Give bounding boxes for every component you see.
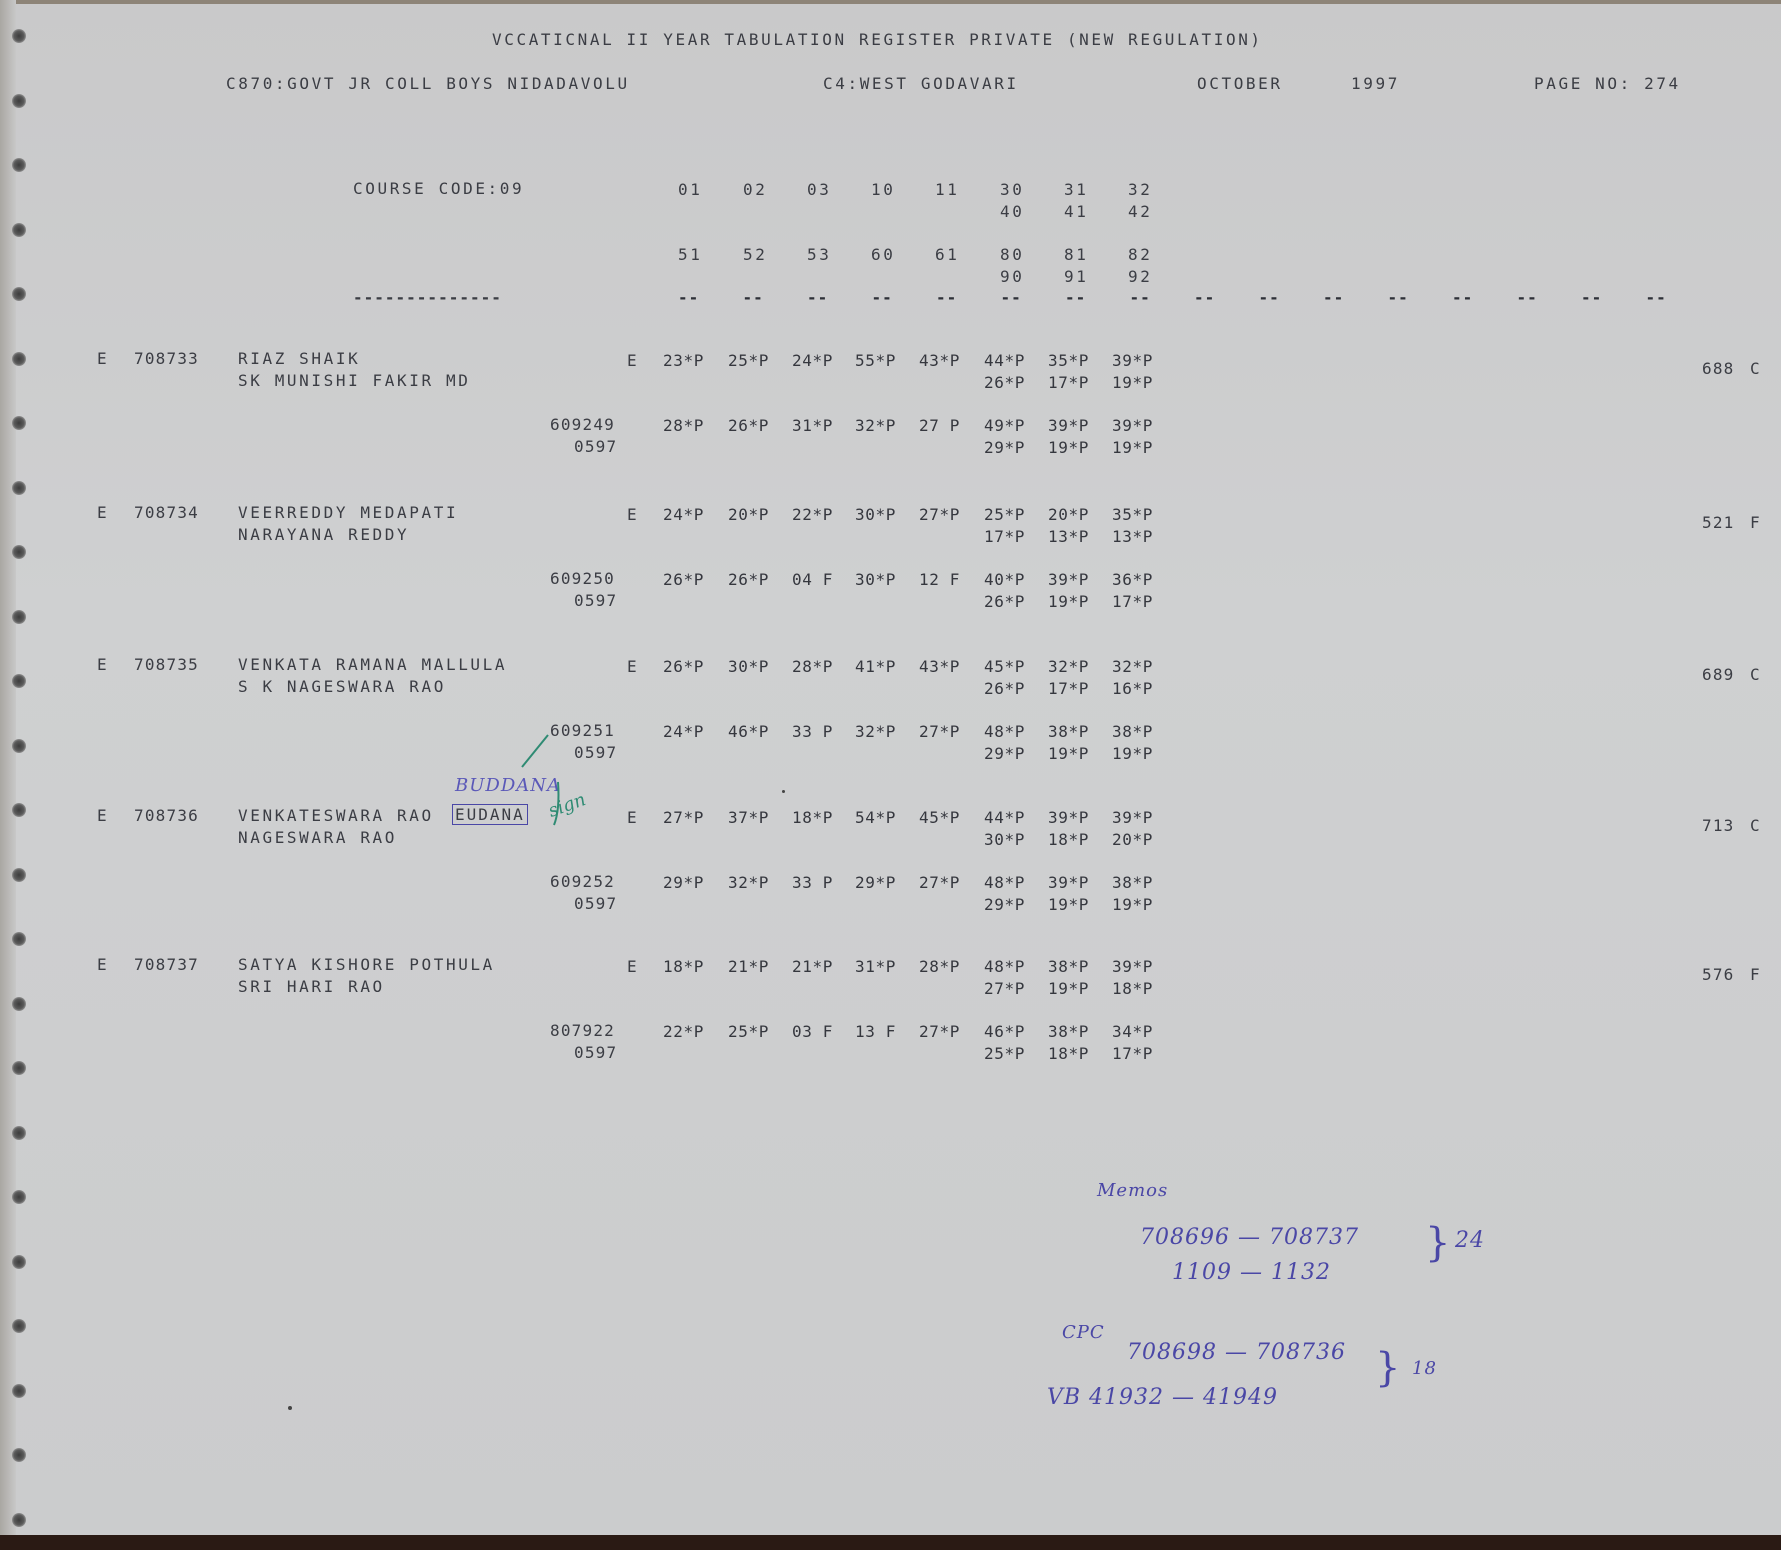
page-top-edge: [0, 0, 1781, 4]
mark-cell: 46*P: [984, 1022, 1025, 1041]
result-code: C: [1750, 665, 1762, 684]
first-year-session: 0597: [574, 591, 617, 610]
mark-cell: 20*P: [1112, 830, 1153, 849]
mark-cell: 27*P: [919, 722, 960, 741]
student-name: VENKATA RAMANA MALLULA: [238, 655, 507, 674]
ink-speck: [288, 1406, 292, 1410]
subject-code: 01: [678, 180, 702, 199]
course-code-label: COURSE CODE:09: [353, 179, 524, 198]
record-flag: E: [97, 955, 109, 974]
medium-code: E: [627, 351, 639, 370]
binding-hole-icon: [12, 545, 26, 559]
mark-cell: 32*P: [855, 416, 896, 435]
binding-hole-icon: [12, 1061, 26, 1075]
mark-cell: 26*P: [984, 679, 1025, 698]
column-dash: --: [1001, 288, 1022, 307]
mark-cell: 26*P: [728, 416, 769, 435]
medium-code: E: [627, 808, 639, 827]
first-year-session: 0597: [574, 743, 617, 762]
cpc-range-1: 708698 — 708736: [1127, 1340, 1346, 1365]
mark-cell: 33 P: [792, 722, 833, 741]
mark-cell: 40*P: [984, 570, 1025, 589]
mark-cell: 26*P: [984, 373, 1025, 392]
page-number: PAGE NO: 274: [1534, 74, 1681, 93]
hall-ticket-number: 708733: [134, 349, 199, 368]
mark-cell: 25*P: [984, 1044, 1025, 1063]
mark-cell: 38*P: [1112, 873, 1153, 892]
mark-cell: 39*P: [1048, 570, 1089, 589]
subject-code: 82: [1128, 245, 1152, 264]
tick-mark-icon: [520, 730, 580, 850]
subject-code: 60: [871, 245, 895, 264]
mark-cell: 21*P: [792, 957, 833, 976]
mark-cell: 34*P: [1112, 1022, 1153, 1041]
total-marks: 689: [1702, 665, 1735, 684]
brace-icon: }: [1375, 1345, 1400, 1391]
mark-cell: 16*P: [1112, 679, 1153, 698]
mark-cell: 27*P: [919, 1022, 960, 1041]
result-code: F: [1750, 513, 1762, 532]
record-flag: E: [97, 806, 109, 825]
first-year-number: 609252: [550, 872, 615, 891]
student-name: RIAZ SHAIK: [238, 349, 360, 368]
subject-code: 51: [678, 245, 702, 264]
father-name: NARAYANA REDDY: [238, 525, 409, 544]
binding-hole-icon: [12, 481, 26, 495]
mark-cell: 44*P: [984, 808, 1025, 827]
mark-cell: 32*P: [728, 873, 769, 892]
hall-ticket-number: 708737: [134, 955, 199, 974]
mark-cell: 30*P: [728, 657, 769, 676]
mark-cell: 38*P: [1048, 1022, 1089, 1041]
cpc-range-2: VB 41932 — 41949: [1047, 1385, 1278, 1410]
mark-cell: 26*P: [984, 592, 1025, 611]
mark-cell: 18*P: [1048, 1044, 1089, 1063]
subject-code: 42: [1128, 202, 1152, 221]
subject-code: 61: [935, 245, 959, 264]
mark-cell: 38*P: [1048, 957, 1089, 976]
binding-hole-icon: [12, 997, 26, 1011]
mark-cell: 21*P: [728, 957, 769, 976]
mark-cell: 55*P: [855, 351, 896, 370]
mark-cell: 19*P: [1112, 895, 1153, 914]
hall-ticket-number: 708736: [134, 806, 199, 825]
mark-cell: 20*P: [728, 505, 769, 524]
cpc-count: 18: [1412, 1358, 1437, 1379]
mark-cell: 13*P: [1112, 527, 1153, 546]
column-dash: --: [1452, 288, 1473, 307]
register-title: VCCATICNAL II YEAR TABULATION REGISTER P…: [492, 30, 1263, 49]
father-name: S K NAGESWARA RAO: [238, 677, 446, 696]
column-dash: --: [1388, 288, 1409, 307]
register-page: VCCATICNAL II YEAR TABULATION REGISTER P…: [0, 0, 1781, 1535]
subject-code: 53: [807, 245, 831, 264]
column-dash: --: [807, 288, 828, 307]
binding-hole-icon: [12, 739, 26, 753]
mark-cell: 28*P: [792, 657, 833, 676]
column-dash: --: [872, 288, 893, 307]
first-year-session: 0597: [574, 437, 617, 456]
column-dash: --: [1517, 288, 1538, 307]
mark-cell: 27*P: [984, 979, 1025, 998]
mark-cell: 37*P: [728, 808, 769, 827]
result-code: F: [1750, 965, 1762, 984]
memos-range-2: 1109 — 1132: [1172, 1260, 1331, 1285]
mark-cell: 27*P: [663, 808, 704, 827]
mark-cell: 43*P: [919, 351, 960, 370]
binding-hole-icon: [12, 803, 26, 817]
college-name: C870:GOVT JR COLL BOYS NIDADAVOLU: [226, 74, 630, 93]
subject-code: 03: [807, 180, 831, 199]
mark-cell: 39*P: [1048, 808, 1089, 827]
mark-cell: 43*P: [919, 657, 960, 676]
binding-hole-icon: [12, 158, 26, 172]
mark-cell: 45*P: [919, 808, 960, 827]
student-name: SATYA KISHORE POTHULA: [238, 955, 495, 974]
mark-cell: 24*P: [663, 505, 704, 524]
binding-hole-icon: [12, 674, 26, 688]
cpc-label: CPC: [1062, 1322, 1105, 1343]
mark-cell: 18*P: [663, 957, 704, 976]
binding-hole-icon: [12, 94, 26, 108]
mark-cell: 31*P: [792, 416, 833, 435]
record-flag: E: [97, 349, 109, 368]
mark-cell: 48*P: [984, 957, 1025, 976]
medium-code: E: [627, 657, 639, 676]
column-dash: --: [1581, 288, 1602, 307]
mark-cell: 39*P: [1112, 416, 1153, 435]
mark-cell: 13 F: [855, 1022, 896, 1041]
mark-cell: 27*P: [919, 505, 960, 524]
binding-hole-icon: [12, 223, 26, 237]
mark-cell: 19*P: [1112, 373, 1153, 392]
mark-cell: 33 P: [792, 873, 833, 892]
subject-code: 41: [1064, 202, 1088, 221]
mark-cell: 12 F: [919, 570, 960, 589]
mark-cell: 24*P: [792, 351, 833, 370]
medium-code: E: [627, 505, 639, 524]
mark-cell: 25*P: [984, 505, 1025, 524]
mark-cell: 29*P: [984, 744, 1025, 763]
mark-cell: 28*P: [663, 416, 704, 435]
binding-hole-icon: [12, 1513, 26, 1527]
mark-cell: 31*P: [855, 957, 896, 976]
subject-code: 52: [743, 245, 767, 264]
first-year-session: 0597: [574, 894, 617, 913]
mark-cell: 29*P: [663, 873, 704, 892]
mark-cell: 25*P: [728, 1022, 769, 1041]
binding-hole-icon: [12, 868, 26, 882]
mark-cell: 26*P: [663, 570, 704, 589]
binding-hole-icon: [12, 352, 26, 366]
mark-cell: 17*P: [984, 527, 1025, 546]
mark-cell: 54*P: [855, 808, 896, 827]
binding-hole-icon: [12, 1255, 26, 1269]
mark-cell: 19*P: [1048, 979, 1089, 998]
student-name: VEERREDDY MEDAPATI: [238, 503, 458, 522]
mark-cell: 26*P: [728, 570, 769, 589]
binding-hole-icon: [12, 1190, 26, 1204]
mark-cell: 24*P: [663, 722, 704, 741]
mark-cell: 17*P: [1048, 373, 1089, 392]
header-separator: --------------: [353, 288, 502, 307]
first-year-number: 609249: [550, 415, 615, 434]
total-marks: 688: [1702, 359, 1735, 378]
column-dash: --: [1194, 288, 1215, 307]
mark-cell: 30*P: [855, 505, 896, 524]
total-marks: 713: [1702, 816, 1735, 835]
mark-cell: 18*P: [1112, 979, 1153, 998]
binding-hole-icon: [12, 287, 26, 301]
mark-cell: 17*P: [1048, 679, 1089, 698]
binding-hole-icon: [12, 610, 26, 624]
district-name: C4:WEST GODAVARI: [823, 74, 1019, 93]
mark-cell: 39*P: [1112, 351, 1153, 370]
mark-cell: 03 F: [792, 1022, 833, 1041]
mark-cell: 18*P: [792, 808, 833, 827]
mark-cell: 29*P: [984, 895, 1025, 914]
mark-cell: 19*P: [1112, 744, 1153, 763]
memos-label: Memos: [1097, 1180, 1168, 1201]
mark-cell: 18*P: [1048, 830, 1089, 849]
mark-cell: 19*P: [1048, 438, 1089, 457]
mark-cell: 28*P: [919, 957, 960, 976]
mark-cell: 39*P: [1112, 808, 1153, 827]
subject-code: 80: [1000, 245, 1024, 264]
subject-code: 91: [1064, 267, 1088, 286]
mark-cell: 38*P: [1112, 722, 1153, 741]
mark-cell: 44*P: [984, 351, 1025, 370]
record-flag: E: [97, 503, 109, 522]
medium-code: E: [627, 957, 639, 976]
total-marks: 521: [1702, 513, 1735, 532]
column-dash: --: [678, 288, 699, 307]
subject-code: 02: [743, 180, 767, 199]
mark-cell: 26*P: [663, 657, 704, 676]
mark-cell: 35*P: [1112, 505, 1153, 524]
mark-cell: 30*P: [984, 830, 1025, 849]
mark-cell: 49*P: [984, 416, 1025, 435]
mark-cell: 30*P: [855, 570, 896, 589]
mark-cell: 22*P: [663, 1022, 704, 1041]
mark-cell: 25*P: [728, 351, 769, 370]
subject-code: 10: [871, 180, 895, 199]
brace-icon: }: [1425, 1220, 1450, 1266]
binding-hole-icon: [12, 1448, 26, 1462]
exam-year: 1997: [1351, 74, 1400, 93]
subject-code: 40: [1000, 202, 1024, 221]
first-year-number: 807922: [550, 1021, 615, 1040]
mark-cell: 39*P: [1048, 416, 1089, 435]
mark-cell: 19*P: [1048, 744, 1089, 763]
mark-cell: 20*P: [1048, 505, 1089, 524]
mark-cell: 41*P: [855, 657, 896, 676]
memos-count: 24: [1455, 1228, 1485, 1253]
mark-cell: 39*P: [1112, 957, 1153, 976]
column-dash: --: [1130, 288, 1151, 307]
result-code: C: [1750, 816, 1762, 835]
binding-hole-icon: [12, 1384, 26, 1398]
mark-cell: 32*P: [855, 722, 896, 741]
binding-hole-icon: [12, 1126, 26, 1140]
subject-code: 90: [1000, 267, 1024, 286]
binding-hole-icon: [12, 416, 26, 430]
mark-cell: 17*P: [1112, 1044, 1153, 1063]
binding-hole-icon: [12, 29, 26, 43]
mark-cell: 13*P: [1048, 527, 1089, 546]
mark-cell: 48*P: [984, 722, 1025, 741]
subject-code: 31: [1064, 180, 1088, 199]
subject-code: 92: [1128, 267, 1152, 286]
mark-cell: 27 P: [919, 416, 960, 435]
mark-cell: 17*P: [1112, 592, 1153, 611]
mark-cell: 29*P: [984, 438, 1025, 457]
mark-cell: 23*P: [663, 351, 704, 370]
mark-cell: 38*P: [1048, 722, 1089, 741]
father-name: NAGESWARA RAO: [238, 828, 397, 847]
first-year-session: 0597: [574, 1043, 617, 1062]
column-dash: --: [743, 288, 764, 307]
column-dash: --: [1323, 288, 1344, 307]
subject-code: 81: [1064, 245, 1088, 264]
subject-code: 30: [1000, 180, 1024, 199]
mark-cell: 27*P: [919, 873, 960, 892]
record-flag: E: [97, 655, 109, 674]
subject-code: 32: [1128, 180, 1152, 199]
mark-cell: 45*P: [984, 657, 1025, 676]
column-dash: --: [1065, 288, 1086, 307]
column-dash: --: [1646, 288, 1667, 307]
ink-speck: [782, 790, 785, 793]
hall-ticket-number: 708734: [134, 503, 199, 522]
mark-cell: 32*P: [1048, 657, 1089, 676]
binding-hole-icon: [12, 932, 26, 946]
student-name: VENKATESWARA RAO: [238, 806, 434, 825]
exam-month: OCTOBER: [1197, 74, 1283, 93]
total-marks: 576: [1702, 965, 1735, 984]
result-code: C: [1750, 359, 1762, 378]
mark-cell: 48*P: [984, 873, 1025, 892]
mark-cell: 29*P: [855, 873, 896, 892]
mark-cell: 39*P: [1048, 873, 1089, 892]
hall-ticket-number: 708735: [134, 655, 199, 674]
column-dash: --: [1259, 288, 1280, 307]
column-dash: --: [936, 288, 957, 307]
mark-cell: 32*P: [1112, 657, 1153, 676]
mark-cell: 04 F: [792, 570, 833, 589]
mark-cell: 35*P: [1048, 351, 1089, 370]
mark-cell: 19*P: [1112, 438, 1153, 457]
mark-cell: 22*P: [792, 505, 833, 524]
subject-code: 11: [935, 180, 959, 199]
binding-hole-icon: [12, 1319, 26, 1333]
mark-cell: 19*P: [1048, 592, 1089, 611]
mark-cell: 19*P: [1048, 895, 1089, 914]
memos-range-1: 708696 — 708737: [1140, 1225, 1359, 1250]
boxed-surname: EUDANA: [452, 804, 528, 825]
mark-cell: 46*P: [728, 722, 769, 741]
mark-cell: 36*P: [1112, 570, 1153, 589]
father-name: SK MUNISHI FAKIR MD: [238, 371, 470, 390]
first-year-number: 609250: [550, 569, 615, 588]
father-name: SRI HARI RAO: [238, 977, 385, 996]
